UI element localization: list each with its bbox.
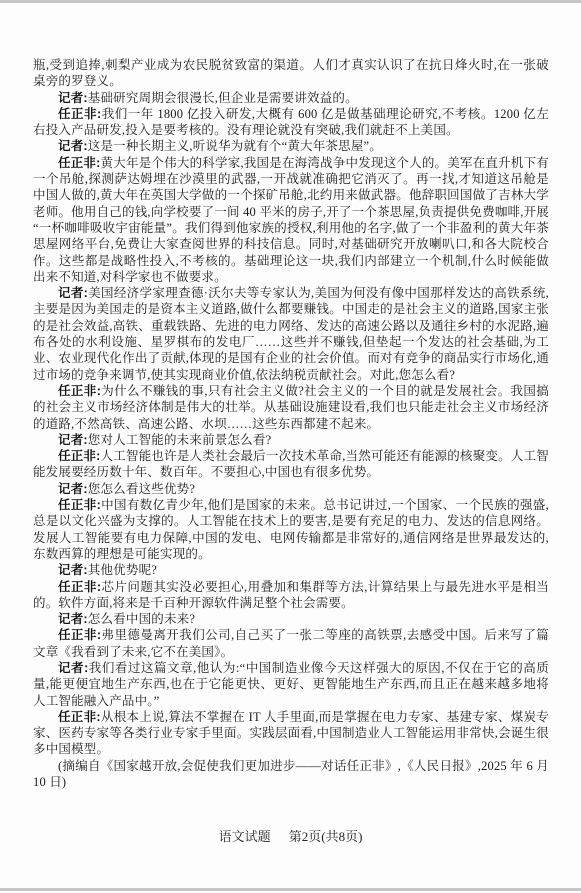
speaker-label: 任正非: [58,628,101,642]
paragraph-text: 我们看过这篇文章,他认为:“中国制造业像今天这样强大的原因,不仅在于它的高质量,… [33,661,549,708]
speaker-label: 记者: [58,612,88,626]
dialogue-paragraph: 记者:您对人工智能的未来前景怎么看? [33,432,549,448]
dialogue-paragraph: (摘编自《国家越开放,会促使我们更加进步——对话任正非》,《人民日报》,2025… [33,758,549,791]
speaker-label: 记者: [58,482,88,496]
dialogue-paragraph: 任正非:人工智能也许是人类社会最后一次技术革命,当然可能还有能源的核聚变。人工智… [33,448,549,481]
speaker-label: 记者: [58,286,88,300]
speaker-label: 记者: [58,661,88,675]
paragraph-text: 基础研究周期会很漫长,但企业是需要讲效益的。 [88,91,358,105]
page-footer: 语文试题第2页(共8页) [0,826,581,845]
footer-page-number: 第2页(共8页) [289,829,363,844]
paragraph-text: 美国经济学家理查德·沃尔夫等专家认为,美国为何没有像中国那样发达的高铁系统,主要… [33,286,549,381]
dialogue-paragraph: 记者:我们看过这篇文章,他认为:“中国制造业像今天这样强大的原因,不仅在于它的高… [33,660,549,709]
dialogue-paragraph: 记者:这是一种长期主义,听说华为就有个“黄大年茶思屋”。 [33,138,549,154]
paragraph-text: 您对人工智能的未来前景怎么看? [88,433,272,447]
paragraph-text: 从根本上说,算法不掌握在 IT 人手里面,而是掌握在电力专家、基建专家、煤炭专家… [33,710,549,757]
dialogue-paragraph: 记者:美国经济学家理查德·沃尔夫等专家认为,美国为何没有像中国那样发达的高铁系统… [33,285,549,383]
paragraph-text: 为什么不赚钱的事,只有社会主义做?社会主义的一个目的就是发展社会。我国搞的社会主… [33,384,549,431]
speaker-label: 记者: [58,563,88,577]
speaker-label: 记者: [58,433,88,447]
paragraph-text: 瓶,受到追捧,刺梨产业成为农民脱贫致富的渠道。人们才真实认识了在抗日烽火时,在一… [33,58,549,88]
speaker-label: 任正非: [58,498,101,512]
dialogue-paragraph: 任正非:为什么不赚钱的事,只有社会主义做?社会主义的一个目的就是发展社会。我国搞… [33,383,549,432]
speaker-label: 记者: [58,91,88,105]
speaker-label: 任正非: [58,710,101,724]
dialogue-paragraph: 任正非:弗里德曼离开我们公司,自己买了一张二等座的高铁票,去感受中国。后来写了篇… [33,627,549,660]
dialogue-paragraph: 任正非:芯片问题其实没必要担心,用叠加和集群等方法,计算结果上与最先进水平是相当… [33,579,549,612]
dialogue-paragraph: 任正非:从根本上说,算法不掌握在 IT 人手里面,而是掌握在电力专家、基建专家、… [33,709,549,758]
dialogue-paragraph: 记者:其他优势呢? [33,562,549,578]
paragraph-text: 人工智能也许是人类社会最后一次技术革命,当然可能还有能源的核聚变。人工智能发展要… [33,449,549,479]
dialogue-paragraph: 记者:您怎么看这些优势? [33,481,549,497]
dialogue-paragraph: 记者:怎么看中国的未来? [33,611,549,627]
paragraph-text: 您怎么看这些优势? [88,482,195,496]
speaker-label: 任正非: [58,580,101,594]
dialogue-paragraph: 任正非:我们一年 1800 亿投入研发,大概有 600 亿是做基础理论研究,不考… [33,106,549,139]
paragraph-text: (摘编自《国家越开放,会促使我们更加进步——对话任正非》,《人民日报》,2025… [33,759,549,789]
paragraph-text: 其他优势呢? [88,563,157,577]
paragraph-text: 这是一种长期主义,听说华为就有个“黄大年茶思屋”。 [88,139,382,153]
dialogue-paragraph: 任正非:中国有数亿青少年,他们是国家的未来。总书记讲过,一个国家、一个民族的强盛… [33,497,549,562]
paragraph-text: 黄大年是个伟大的科学家,我国是在海湾战争中发现这个人的。美军在直升机下有一个吊舱… [33,156,549,284]
paragraph-text: 芯片问题其实没必要担心,用叠加和集群等方法,计算结果上与最先进水平是相当的。软件… [33,580,549,610]
scanned-exam-page: 瓶,受到追捧,刺梨产业成为农民脱贫致富的渠道。人们才真实认识了在抗日烽火时,在一… [0,0,581,893]
scan-edge-top [0,0,581,3]
speaker-label: 任正非: [58,156,101,170]
dialogue-paragraph: 记者:基础研究周期会很漫长,但企业是需要讲效益的。 [33,90,549,106]
footer-doc-title: 语文试题 [219,829,271,844]
speaker-label: 任正非: [58,449,101,463]
scan-edge-bottom [0,888,581,891]
speaker-label: 记者: [58,139,88,153]
paragraph-text: 弗里德曼离开我们公司,自己买了一张二等座的高铁票,去感受中国。后来写了篇文章《我… [33,628,549,658]
dialogue-paragraph: 任正非:黄大年是个伟大的科学家,我国是在海湾战争中发现这个人的。美军在直升机下有… [33,155,549,285]
article-text: 瓶,受到追捧,刺梨产业成为农民脱贫致富的渠道。人们才真实认识了在抗日烽火时,在一… [33,57,549,790]
paragraph-text: 我们一年 1800 亿投入研发,大概有 600 亿是做基础理论研究,不考核。12… [33,107,549,137]
paragraph-text: 怎么看中国的未来? [88,612,195,626]
speaker-label: 任正非: [58,384,101,398]
dialogue-paragraph: 瓶,受到追捧,刺梨产业成为农民脱贫致富的渠道。人们才真实认识了在抗日烽火时,在一… [33,57,549,90]
paragraph-text: 中国有数亿青少年,他们是国家的未来。总书记讲过,一个国家、一个民族的强盛,总是以… [33,498,549,561]
speaker-label: 任正非: [58,107,101,121]
